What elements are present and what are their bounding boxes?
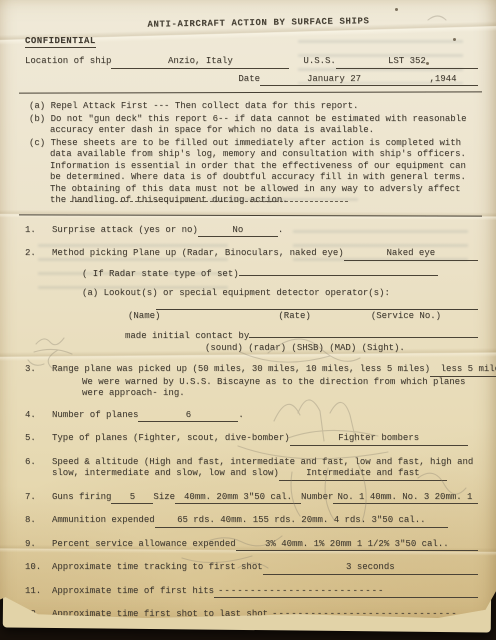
radar-set-label: ( If Radar state type of set) — [82, 269, 239, 281]
size-value: 40mm. 20mm 3"50 cal. — [175, 492, 301, 505]
item-number: 5. — [25, 433, 52, 445]
form-item-6: 6. Speed & altitude (High and fast, inte… — [25, 457, 478, 481]
form-item-9: 9. Percent service allowance expended 3%… — [25, 539, 478, 552]
instruction-c: (c) These sheets are to be filled out im… — [29, 138, 478, 207]
item-suffix: . — [278, 225, 283, 237]
item-label: Approximate time tracking to first shot — [52, 562, 263, 574]
date-value: January 27 — [260, 74, 408, 87]
guns-firing-label: Guns firing — [52, 492, 111, 504]
item-value: 65 rds. 40mm. 155 rds. 20mm. 4 rds. 3"50… — [155, 515, 448, 528]
form-item-2: 2. Method picking Plane up (Radar, Binoc… — [25, 248, 478, 261]
instruction-b: (b) Do not "gun deck" this report 6-- if… — [29, 114, 478, 137]
lookout-label: (a) Lookout(s) or special equipment dete… — [82, 288, 390, 300]
date-row: Date January 27 ,1944 — [25, 74, 478, 87]
item-label: Ammunition expended — [52, 515, 155, 527]
form-item-1: 1. Surprise attack (yes or no) No . — [25, 225, 478, 238]
form-title: ANTI-AIRCRAFT ACTION BY SURFACE SHIPS — [39, 15, 478, 33]
column-rule — [156, 309, 478, 310]
uss-value: LST 352 — [336, 56, 478, 69]
instruction-a: (a) Repel Attack First --- Then collect … — [29, 101, 478, 113]
contact-label: made initial contact by — [125, 331, 249, 343]
form-page: ANTI-AIRCRAFT ACTION BY SURFACE SHIPS CO… — [0, 0, 496, 632]
number-value: No. 1 40mm. No. 3 20mm. 1 3"50 — [333, 492, 478, 505]
creased-text: handling of thisequipment during action. — [72, 195, 288, 205]
item-value: 6 — [138, 410, 238, 423]
horizontal-rule — [19, 214, 482, 216]
form-item-4: 4. Number of planes 6 . — [25, 410, 478, 423]
item-number: 2. — [25, 248, 52, 260]
item-label: Method picking Plane up (Radar, Binocula… — [52, 248, 344, 260]
column-name: (Name) — [128, 311, 160, 323]
form-item-10: 10. Approximate time tracking to first s… — [25, 562, 478, 575]
item-label: Approximate time of first hits — [52, 586, 214, 598]
form-item-8: 8. Ammunition expended 65 rds. 40mm. 155… — [25, 515, 478, 528]
item-value: 3 seconds — [263, 562, 478, 575]
form-item-5: 5. Type of planes (Fighter, scout, dive-… — [25, 433, 478, 446]
item-value: Intermediate and fast — [279, 468, 447, 481]
form-item-3: 3. Range plane was picked up (50 miles, … — [25, 364, 478, 377]
item-3-note: We were warned by U.S.S. Biscayne as to … — [82, 377, 478, 400]
item-label: Surprise attack (yes or no) — [52, 225, 198, 237]
initial-contact-line: made initial contact by — [125, 331, 478, 343]
form-content: ANTI-AIRCRAFT ACTION BY SURFACE SHIPS CO… — [0, 0, 494, 633]
guns-firing-value: 5 — [111, 492, 153, 505]
item-number: 1. — [25, 225, 52, 237]
radar-set-value — [239, 275, 438, 276]
location-value: Anzio, Italy — [111, 56, 289, 69]
item-label: Range plane was picked up (50 miles, 30 … — [52, 364, 430, 376]
item-value: less 5 miles — [430, 364, 496, 377]
location-label: Location of ship — [25, 56, 111, 68]
radar-set-line: ( If Radar state type of set) — [82, 269, 478, 281]
item-value: Fighter bombers — [290, 433, 468, 446]
item-suffix: . — [238, 410, 243, 422]
column-service-no: (Service No.) — [371, 311, 441, 323]
item-value: 3% 40mm. 1% 20mm 1 1/2% 3"50 cal.. — [236, 539, 478, 552]
horizontal-rule — [19, 91, 482, 93]
item-number: 3. — [25, 364, 52, 376]
item-label: Type of planes (Fighter, scout, dive-bom… — [52, 433, 290, 445]
item-number: 8. — [25, 515, 52, 527]
location-row: Location of ship Anzio, Italy U.S.S. LST… — [25, 56, 478, 69]
uss-label: U.S.S. — [303, 56, 335, 68]
date-label: Date — [238, 74, 260, 86]
item-number: 6. — [25, 457, 52, 481]
form-item-7: 7. Guns firing 5 Size 40mm. 20mm 3"50 ca… — [25, 492, 478, 505]
item-value: -------------------------- — [214, 586, 478, 599]
number-label: Number — [301, 492, 333, 504]
lookout-line: (a) Lookout(s) or special equipment dete… — [82, 288, 478, 300]
date-year: ,1944 — [408, 74, 478, 87]
item-number: 10. — [25, 562, 52, 574]
contact-methods: (sound) (radar) (SHSB) (MAD) (Sight). — [205, 343, 478, 355]
form-item-11: 11. Approximate time of first hits -----… — [25, 586, 478, 599]
item-number: 9. — [25, 539, 52, 551]
lookout-columns: (Name) (Rate) (Service No.) — [82, 309, 478, 323]
item-number: 11. — [25, 586, 52, 598]
item-value: Naked eye — [344, 248, 478, 261]
scanned-document-photo: ANTI-AIRCRAFT ACTION BY SURFACE SHIPS CO… — [0, 0, 496, 640]
item-value: No — [198, 225, 278, 238]
contact-value — [249, 337, 478, 338]
item-number: 4. — [25, 410, 52, 422]
size-label: Size — [153, 492, 175, 504]
item-label: Percent service allowance expended — [52, 539, 236, 551]
column-rate: (Rate) — [278, 311, 310, 323]
item-label: Number of planes — [52, 410, 138, 422]
item-number: 7. — [25, 492, 52, 504]
classification-stamp: CONFIDENTIAL — [25, 36, 96, 49]
